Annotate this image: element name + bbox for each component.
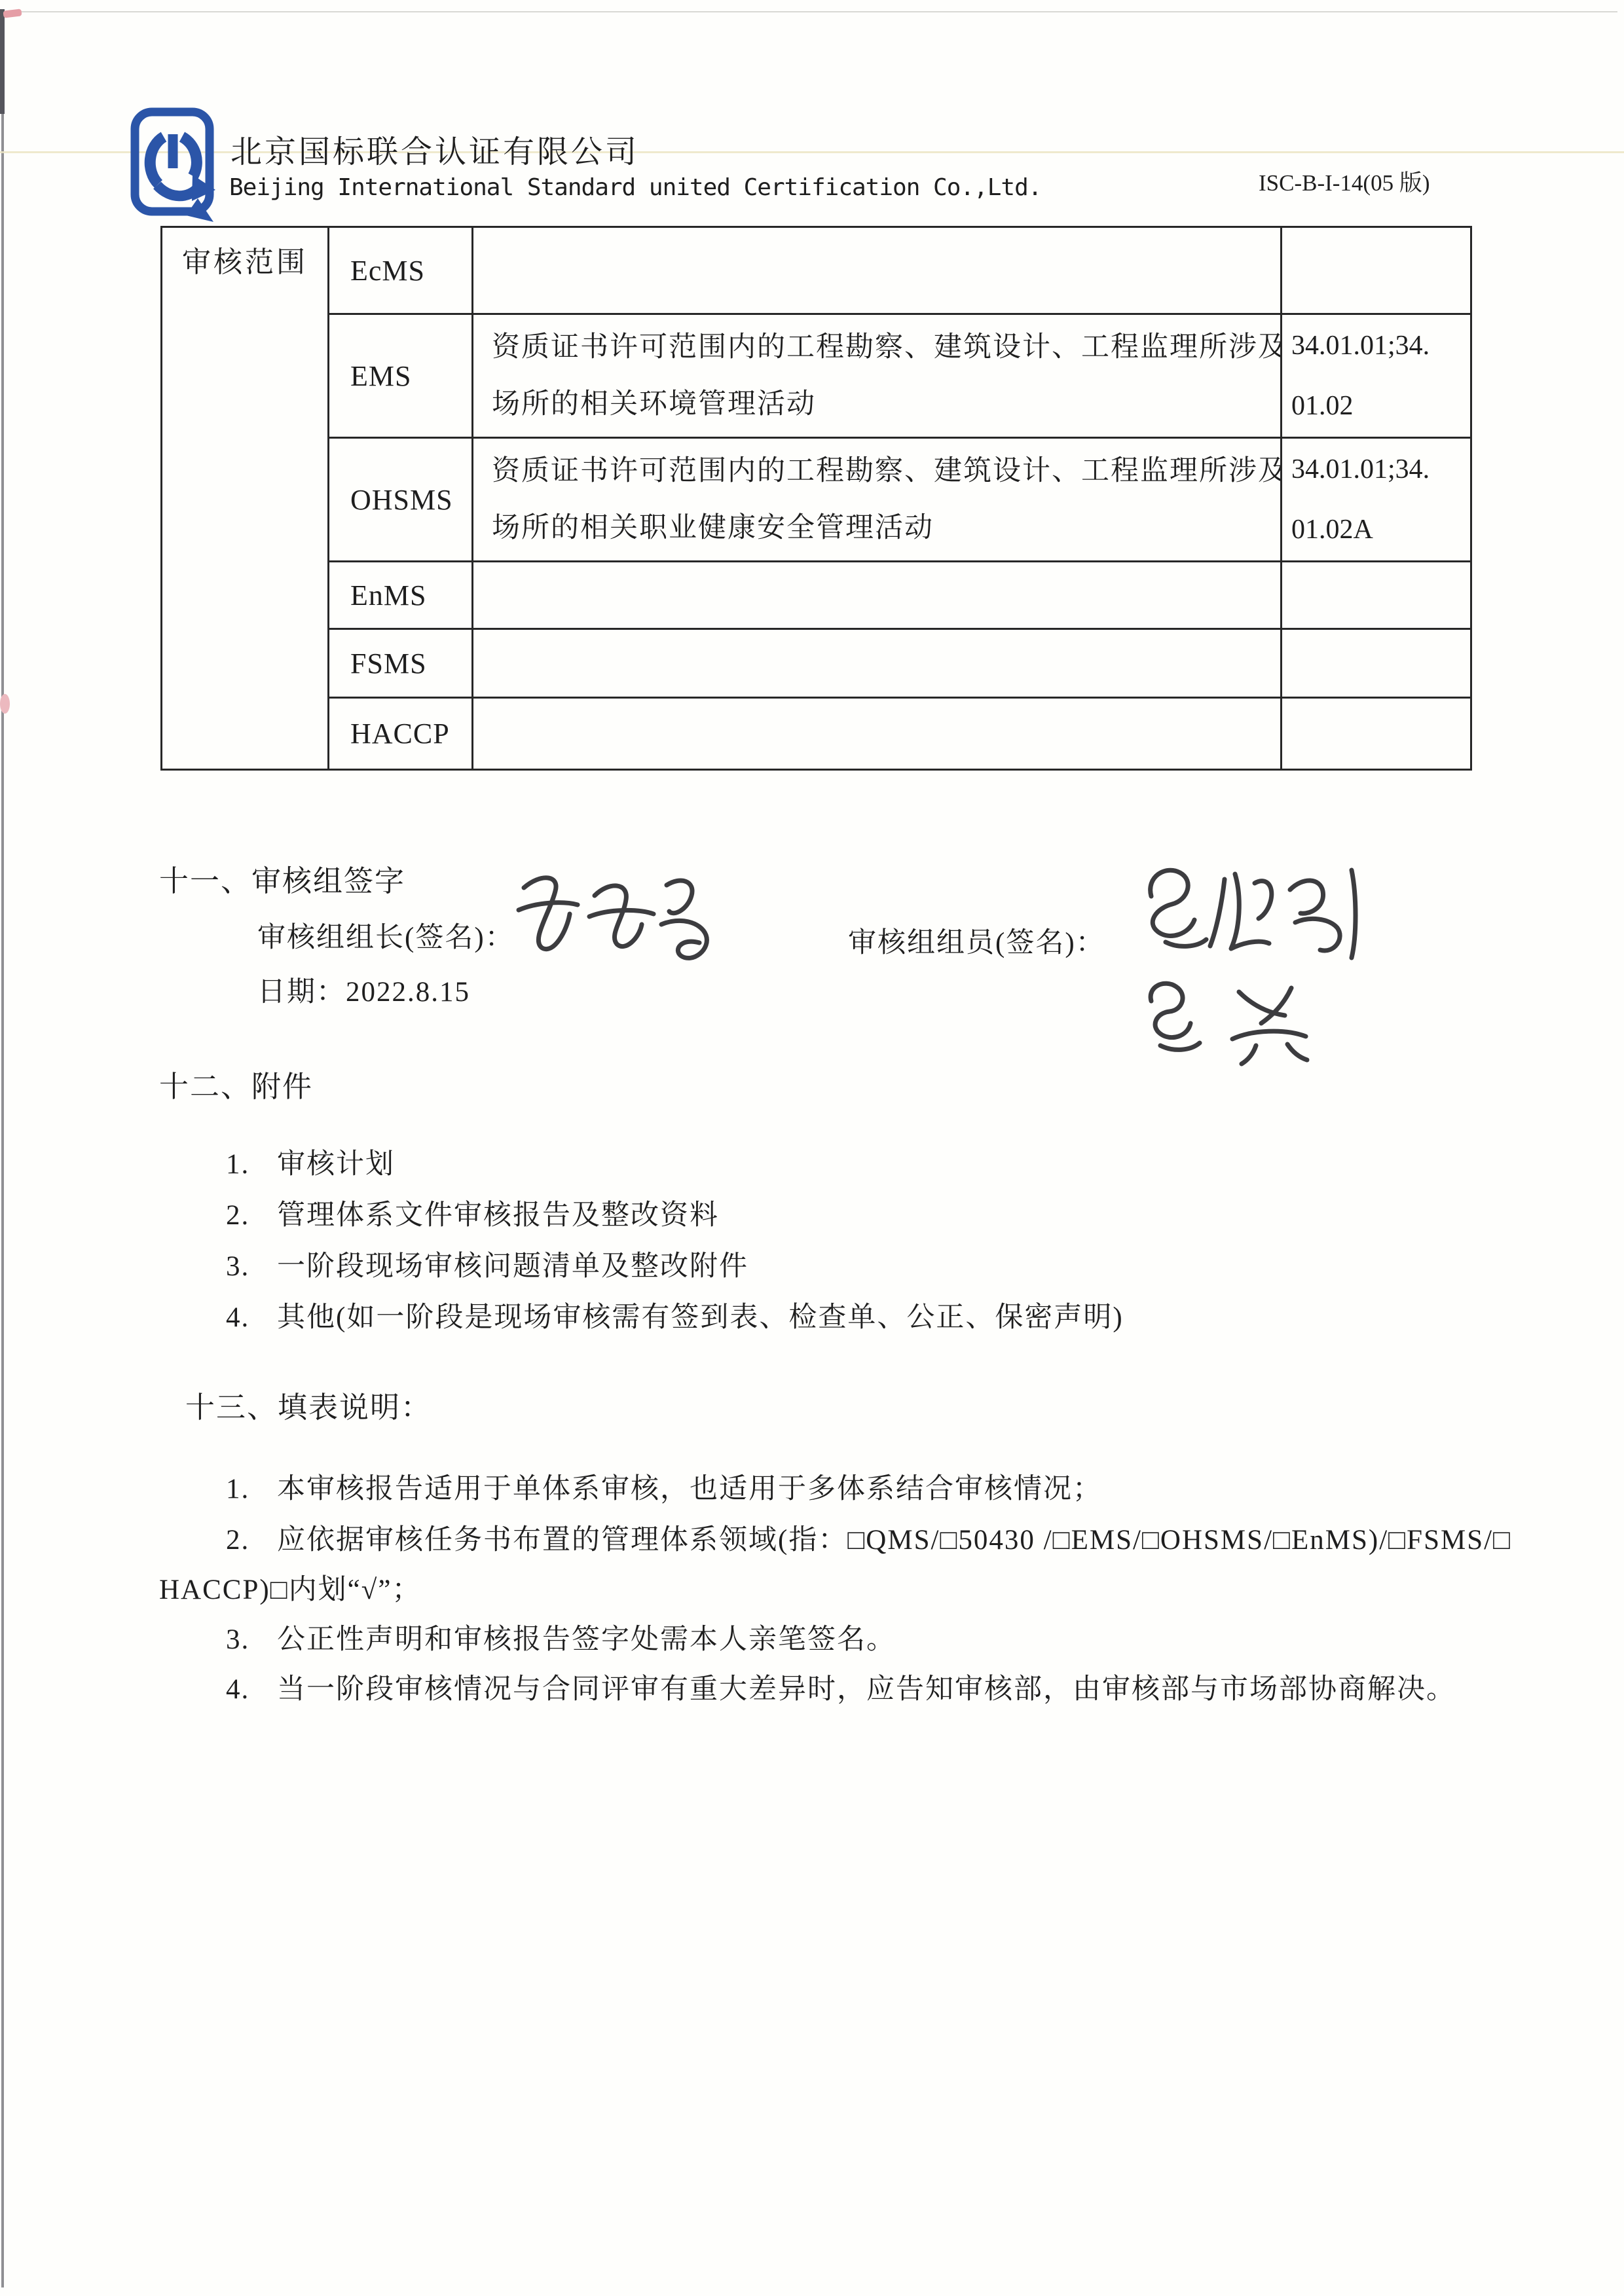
item-text: 本审核报告适用于单体系审核，也适用于多体系结合审核情况； [277, 1474, 1102, 1504]
code-text-line: 34.01.01;34. [1291, 316, 1466, 376]
section11-title: 十一、审核组签字 [159, 863, 405, 900]
code-cell-ohsms: 34.01.01;34. 01.02A [1282, 438, 1471, 562]
table-row: EMS 资质证书许可范围内的工程勘察、建筑设计、工程监理所涉及 场所的相关环境管… [162, 314, 1471, 438]
leader-signature-handwriting [504, 859, 720, 975]
scope-cell-ems: 资质证书许可范围内的工程勘察、建筑设计、工程监理所涉及 场所的相关环境管理活动 [473, 314, 1282, 438]
item-number: 1. [226, 1472, 277, 1507]
attachment-item-4: 4.其他(如一阶段是现场审核需有签到表、检查单、公正、保密声明) [226, 1300, 1124, 1336]
item-text: 管理体系文件审核报告及整改资料 [277, 1200, 719, 1231]
instruction-item-3: 3.公正性声明和审核报告签字处需本人亲笔签名。 [226, 1622, 896, 1658]
item-text: 审核计划 [277, 1149, 395, 1180]
table-row: OHSMS 资质证书许可范围内的工程勘察、建筑设计、工程监理所涉及 场所的相关职… [162, 438, 1471, 562]
instruction-item-4: 4.当一阶段审核情况与合同评审有重大差异时，应告知审核部，由审核部与市场部协商解… [226, 1672, 1456, 1707]
scan-edge-line [1, 9, 4, 2287]
item-text: 一阶段现场审核问题清单及整改附件 [277, 1251, 748, 1282]
code-cell-haccp [1282, 698, 1471, 770]
item-number: 3. [226, 1249, 277, 1285]
code-cell-ems: 34.01.01;34. 01.02 [1282, 314, 1471, 438]
member-signature-handwriting-2 [1128, 968, 1331, 1067]
attachment-item-3: 3.一阶段现场审核问题清单及整改附件 [226, 1249, 748, 1285]
member-signature-label: 审核组组员(签名)： [848, 926, 1105, 961]
item-number: 4. [226, 1672, 277, 1707]
system-label-enms: EnMS [329, 562, 473, 629]
code-cell-ecms [1282, 227, 1471, 314]
system-label-haccp: HACCP [329, 698, 473, 770]
item-text: 公正性声明和审核报告签字处需本人亲笔签名。 [277, 1624, 896, 1655]
company-logo-icon [130, 107, 216, 227]
scope-row-header: 审核范围 [162, 227, 329, 770]
company-name-en: Beijing International Standard united Ce… [229, 174, 1041, 201]
scan-top-line [5, 11, 1617, 12]
code-cell-enms [1282, 562, 1471, 629]
audit-scope-table: 审核范围 EcMS EMS 资质证书许可范围内的工程勘察、建筑设计、工程监理所涉… [160, 226, 1472, 771]
item-text: 应依据审核任务书布置的管理体系领域(指：□QMS/□50430 /□EMS/□O… [277, 1525, 1511, 1556]
date-label: 日期： [257, 977, 346, 1008]
code-text-line: 34.01.01;34. [1291, 439, 1466, 500]
form-code: ISC-B-I-14(05 版) [1259, 165, 1430, 198]
company-name-zh: 北京国标联合认证有限公司 [231, 126, 639, 172]
system-label-fsms: FSMS [329, 629, 473, 698]
instruction-item-2-line-1: 2.应依据审核任务书布置的管理体系领域(指：□QMS/□50430 /□EMS/… [226, 1523, 1511, 1558]
instruction-item-1: 1.本审核报告适用于单体系审核，也适用于多体系结合审核情况； [226, 1472, 1102, 1507]
scope-cell-haccp [473, 698, 1282, 770]
table-row: FSMS [162, 629, 1471, 698]
attachment-item-2: 2.管理体系文件审核报告及整改资料 [226, 1198, 719, 1233]
scope-text-line: 场所的相关职业健康安全管理活动 [492, 500, 1270, 556]
scope-cell-enms [473, 562, 1282, 629]
scan-edge-dark-segment [0, 9, 5, 114]
item-number: 1. [226, 1147, 277, 1182]
audit-date-line: 日期：2022.8.15 [257, 975, 470, 1010]
system-label-ohsms: OHSMS [329, 438, 473, 562]
scope-text-line: 资质证书许可范围内的工程勘察、建筑设计、工程监理所涉及 [492, 319, 1270, 376]
document-page: 北京国标联合认证有限公司 Beijing International Stand… [0, 0, 1624, 2296]
member-signature-handwriting-1 [1126, 848, 1388, 977]
scope-text-line: 场所的相关环境管理活动 [492, 376, 1270, 433]
item-text: 当一阶段审核情况与合同评审有重大差异时，应告知审核部，由审核部与市场部协商解决。 [277, 1674, 1456, 1705]
instruction-item-2-line-2: HACCP)□内划“√”； [159, 1573, 421, 1608]
section12-title: 十二、附件 [159, 1068, 313, 1105]
system-label-ecms: EcMS [329, 227, 473, 314]
item-text: HACCP)□内划“√”； [159, 1575, 421, 1605]
scope-cell-fsms [473, 629, 1282, 698]
item-number: 2. [226, 1523, 277, 1558]
item-text: 其他(如一阶段是现场审核需有签到表、检查单、公正、保密声明) [277, 1302, 1124, 1333]
code-cell-fsms [1282, 629, 1471, 698]
attachment-item-1: 1.审核计划 [226, 1147, 395, 1182]
section13-title: 十三、填表说明： [185, 1389, 432, 1426]
leader-signature-label: 审核组组长(签名)： [257, 920, 515, 956]
item-number: 2. [226, 1198, 277, 1233]
code-text-line: 01.02A [1291, 500, 1466, 560]
scope-cell-ohsms: 资质证书许可范围内的工程勘察、建筑设计、工程监理所涉及 场所的相关职业健康安全管… [473, 438, 1282, 562]
date-value: 2022.8.15 [346, 977, 470, 1008]
pink-scan-mark-left [0, 694, 10, 714]
scope-cell-ecms [473, 227, 1282, 314]
code-text-line: 01.02 [1291, 376, 1466, 436]
table-row: 审核范围 EcMS [162, 227, 1471, 314]
pink-scan-mark-top [3, 9, 22, 18]
table-row: EnMS [162, 562, 1471, 629]
item-number: 3. [226, 1622, 277, 1658]
table-row: HACCP [162, 698, 1471, 770]
scope-text-line: 资质证书许可范围内的工程勘察、建筑设计、工程监理所涉及 [492, 443, 1270, 500]
item-number: 4. [226, 1300, 277, 1336]
system-label-ems: EMS [329, 314, 473, 438]
